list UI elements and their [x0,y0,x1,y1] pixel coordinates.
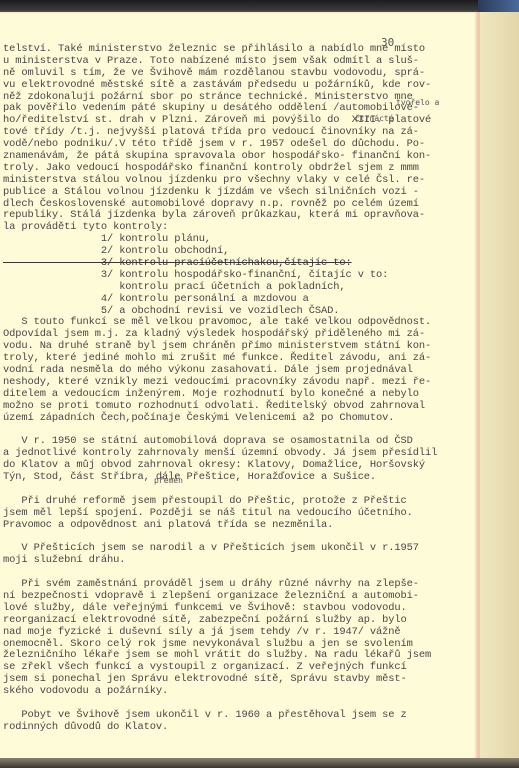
text-line: ně omluvil s tím, že ve Švihově mám rozd… [3,68,473,80]
text-line: Pobyt ve Švihově jsem ukončil v r. 1960 … [3,710,473,722]
text-line: ského vodovodu a požárníky. [3,686,473,698]
text-line: vu elektrovodné městské sítě a zastávám … [3,80,473,92]
text-line: 4/ kontrolu personální a mzdovou a [3,294,473,306]
document-body: telství. Také ministerstvo železnic se p… [3,44,473,734]
text-line: reorganizací elektrovodné sítě, zabezpeč… [3,615,473,627]
handwritten-annotation: přeměn [154,476,183,485]
text-line: Při druhé reformě jsem přestoupil do Pře… [3,496,473,508]
text-line: Týn, Stod, část Stříbra, dále Přeštice, … [3,472,473,484]
text-line: ditelem a vedoucícm inženýrem. Moje rozh… [3,389,473,401]
text-line: možno se proti tomuto rozhodnutí odvolat… [3,401,473,413]
text-line: u ministerstva v Praze. Toto nabízené mí… [3,56,473,68]
text-line: troly. Jako vedoucí hospodářsko finanční… [3,163,473,175]
overtype-annotation: čtrnácté [355,114,394,123]
text-line: kontrolu prací účetních a pokladních, [3,282,473,294]
text-line: nad moje fyzické i duševní síly a já jse… [3,627,473,639]
overtype-annotation: tvořelo a [396,98,439,107]
text-line: rodinných důvodů do Klatov. [3,722,473,734]
text-line: jsem měl lepší spojení. Později se náš t… [3,508,473,520]
text-line: moji služební dráhu. [3,555,473,567]
text-line: lové služby, dále veřejnými funkcemi ve … [3,603,473,615]
adjacent-page-edge [478,12,519,760]
text-line: ministerstva stálou volnou jízdenku pro … [3,175,473,187]
scan-bottom-shadow [0,758,519,768]
text-line: publice a Stálou volnou jízdenku k jízdá… [3,187,473,199]
text-line: Pravomoc a odpovědnost ani platová třída… [3,520,473,532]
text-line: území západních Čech,počínaje Českými Ve… [3,413,473,425]
